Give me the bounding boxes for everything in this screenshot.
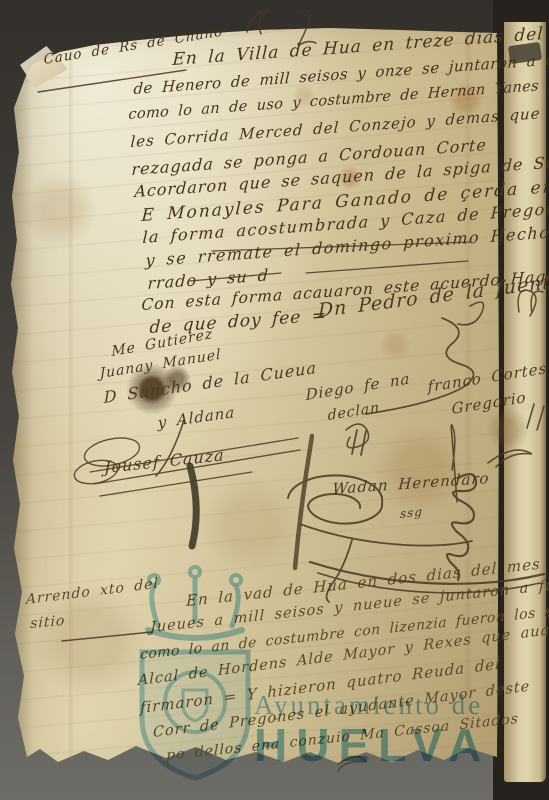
signature-escribano: Wadan Herendaro	[332, 469, 490, 498]
signature-joseph: Jousef Cauza	[104, 445, 225, 477]
signature-aldana: y Aldana	[158, 403, 236, 432]
signature-cortes-line1: franco Cortes	[427, 359, 547, 396]
margin-note-arrendamiento-line2: sitio	[30, 613, 66, 632]
signature-diego-line2: declan	[327, 400, 380, 424]
signature-cortes-line2: Gregorio	[451, 388, 526, 418]
signature-escribano-rubric: ssg	[400, 504, 423, 521]
margin-note-arrendamiento-line1: Arrendo xto del	[26, 576, 159, 608]
signature-diego-line1: Diego fe na	[305, 369, 410, 404]
manuscript-scan: Cauo de Rs de Chano En la Villa de Hua e…	[0, 0, 549, 800]
handwriting-layer: Cauo de Rs de Chano En la Villa de Hua e…	[0, 0, 549, 800]
